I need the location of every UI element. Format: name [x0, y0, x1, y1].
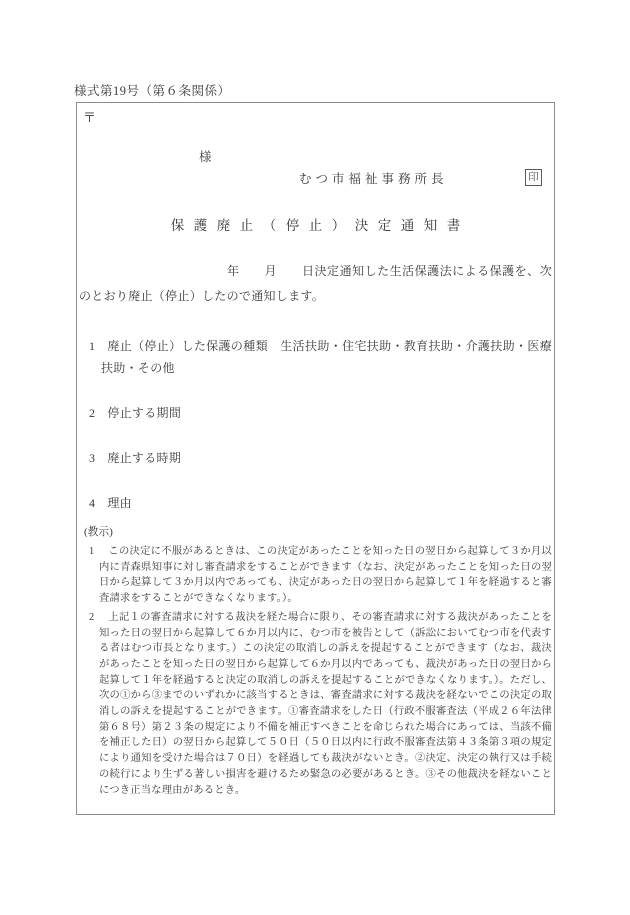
- instruction-number: 2: [89, 612, 94, 623]
- item-text: 廃止（停止）した保護の種類 生活扶助・住宅扶助・教育扶助・介護扶助・医療扶助・そ…: [101, 339, 552, 375]
- item-number: 2: [89, 406, 95, 420]
- postal-code-mark: 〒: [83, 111, 552, 125]
- form-number-label: 様式第19号（第６条関係）: [74, 81, 231, 99]
- issuer-row: むつ市福祉事務所長 印: [79, 171, 552, 187]
- instructions-label: (教示): [84, 524, 552, 540]
- notice-box: 〒 様 むつ市福祉事務所長 印 保護廃止（停止）決定通知書 年 月 日決定通知し…: [76, 102, 555, 815]
- item-number: 1: [89, 339, 95, 353]
- item-reason: 4理由: [79, 492, 552, 514]
- item-text: 停止する期間: [107, 406, 181, 420]
- intro-paragraph: 年 月 日決定通知した生活保護法による保護を、次のとおり廃止（停止）したので通知…: [79, 259, 552, 309]
- item-text: 理由: [107, 496, 132, 510]
- instruction-text: この決定に不服があるときは、この決定があったことを知った日の翌日から起算して３か…: [99, 546, 552, 604]
- item-number: 3: [89, 451, 95, 465]
- addressee-honorific: 様: [199, 149, 552, 165]
- instruction-appeal: 1この決定に不服があるときは、この決定があったことを知った日の翌日から起算して３…: [79, 544, 552, 607]
- item-abolition-date: 3廃止する時期: [79, 447, 552, 469]
- seal-stamp: 印: [525, 169, 542, 186]
- instruction-text: 上記１の審査請求に対する裁決を経た場合に限り、その審査請求に対する裁決があったこ…: [99, 612, 552, 796]
- item-protection-types: 1廃止（停止）した保護の種類 生活扶助・住宅扶助・教育扶助・介護扶助・医療扶助・…: [79, 335, 552, 379]
- item-number: 4: [89, 496, 95, 510]
- issuer-name: むつ市福祉事務所長: [299, 171, 448, 187]
- notice-title: 保護廃止（停止）決定通知書: [79, 217, 552, 235]
- instruction-lawsuit: 2上記１の審査請求に対する裁決を経た場合に限り、その審査請求に対する裁決があった…: [79, 610, 552, 798]
- document-page: 様式第19号（第６条関係） 〒 様 むつ市福祉事務所長 印 保護廃止（停止）決定…: [0, 0, 630, 915]
- item-suspension-period: 2停止する期間: [79, 402, 552, 424]
- item-text: 廃止する時期: [107, 451, 181, 465]
- instruction-number: 1: [89, 546, 94, 557]
